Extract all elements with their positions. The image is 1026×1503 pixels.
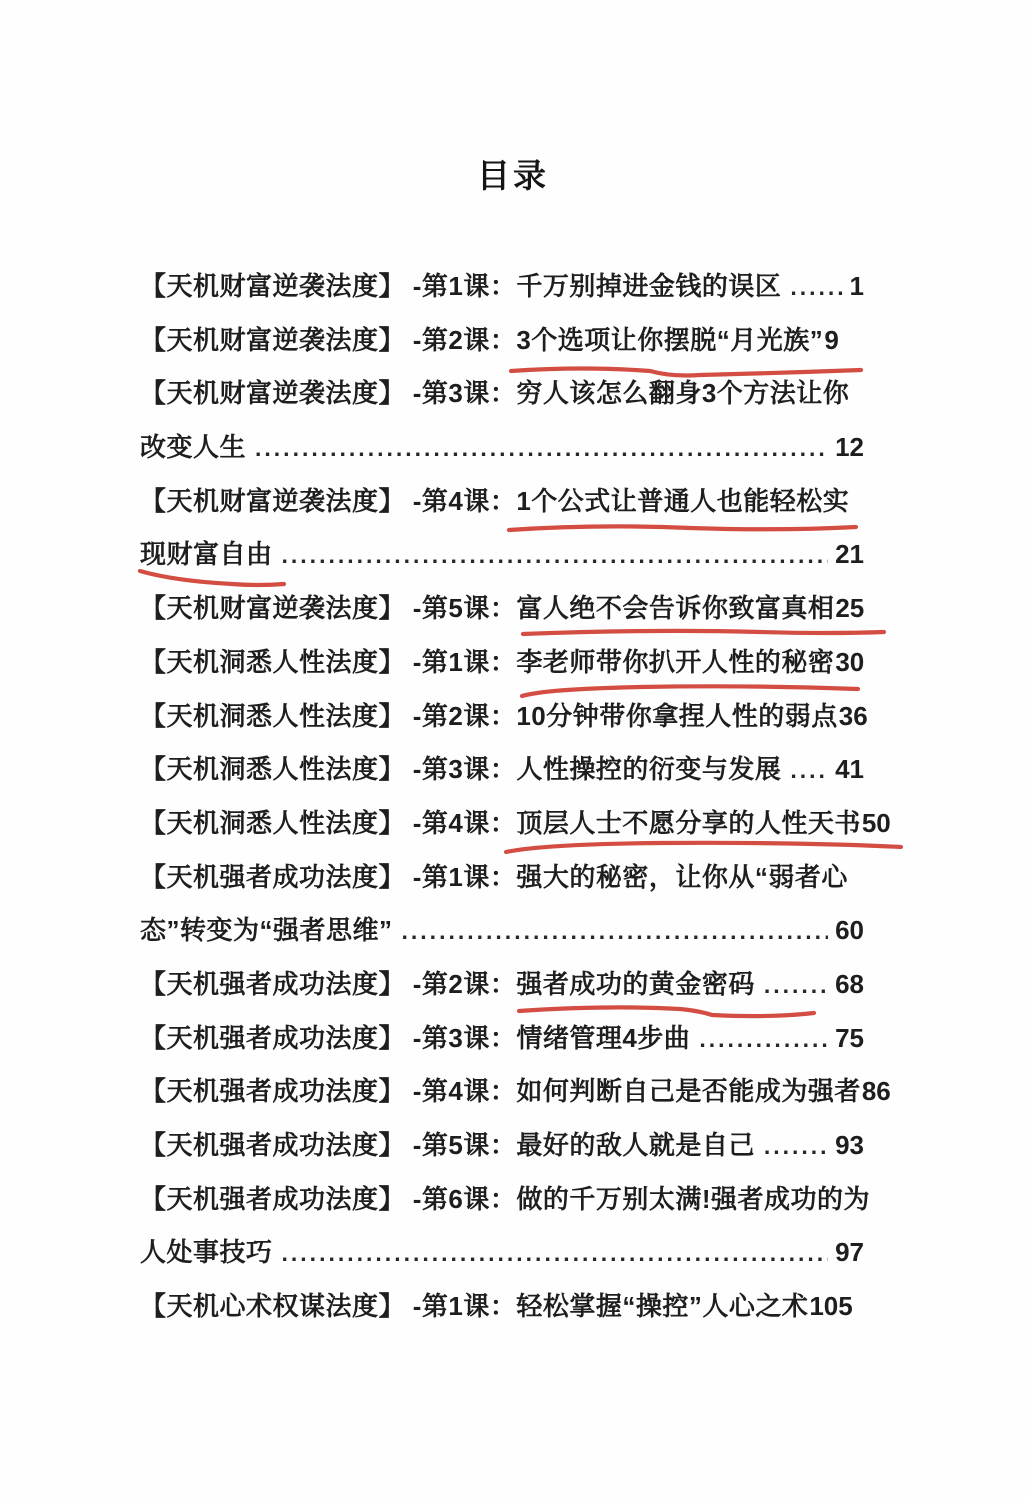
toc-line: 【天机洞悉人性法度】 -第1课：李老师带你扒开人性的秘密30: [140, 636, 864, 690]
toc-entry-text: 【天机财富逆袭法度】 -第4课：1个公式让普通人也能轻松实: [140, 475, 849, 529]
toc-page: 目录 【天机财富逆袭法度】 -第1课：千万别掉进金钱的误区...........…: [0, 0, 1026, 1503]
page-number: 9: [824, 314, 838, 368]
toc-entry-text: 【天机洞悉人性法度】 -第2课：10分钟带你拿捏人性的弱点: [140, 690, 838, 744]
toc-line: 【天机强者成功法度】 -第5课：最好的敌人就是自己...............…: [140, 1119, 864, 1173]
toc-entry-text: 【天机强者成功法度】 -第6课：做的千万别太满!强者成功的为: [140, 1173, 870, 1227]
page-number: 68: [835, 958, 864, 1012]
toc-line: 【天机财富逆袭法度】 -第2课：3个选项让你摆脱“月光族”9: [140, 314, 864, 368]
dot-leader: ........................................…: [764, 959, 828, 1013]
page-title: 目录: [0, 158, 1026, 194]
toc-entry-text: 【天机财富逆袭法度】 -第3课：穷人该怎么翻身3个方法让你: [140, 367, 849, 421]
toc-entry-text: 【天机洞悉人性法度】 -第4课：顶层人士不愿分享的人性天书: [140, 797, 861, 851]
page-number: 97: [835, 1226, 864, 1280]
toc-line: 【天机财富逆袭法度】 -第5课：富人绝不会告诉你致富真相25: [140, 582, 864, 636]
toc-line: 【天机洞悉人性法度】 -第3课：人性操控的衍变与发展..............…: [140, 743, 864, 797]
toc-line: 【天机洞悉人性法度】 -第4课：顶层人士不愿分享的人性天书50: [140, 797, 864, 851]
page-number: 50: [862, 797, 891, 851]
toc-line: 改变人生....................................…: [140, 421, 864, 475]
page-number: 86: [862, 1065, 891, 1119]
page-number: 105: [809, 1280, 852, 1334]
toc-line: 【天机强者成功法度】 -第3课：情绪管理4步曲.................…: [140, 1012, 864, 1066]
page-number: 41: [835, 743, 864, 797]
dot-leader: ........................................…: [790, 744, 828, 798]
toc-entry-text: 人处事技巧: [140, 1226, 273, 1280]
page-number: 1: [850, 260, 864, 314]
page-number: 12: [835, 421, 864, 475]
toc-line: 【天机财富逆袭法度】 -第1课：千万别掉进金钱的误区..............…: [140, 260, 864, 314]
toc-entry-text: 态”转变为“强者思维”: [140, 904, 393, 958]
toc-entry-text: 【天机强者成功法度】 -第2课：强者成功的黄金密码: [140, 958, 755, 1012]
toc-line: 【天机财富逆袭法度】 -第3课：穷人该怎么翻身3个方法让你: [140, 367, 864, 421]
toc-line: 现财富自由...................................…: [140, 528, 864, 582]
dot-leader: ........................................…: [764, 1120, 828, 1174]
page-number: 93: [835, 1119, 864, 1173]
toc-line: 人处事技巧...................................…: [140, 1226, 864, 1280]
toc-entry-text: 【天机强者成功法度】 -第5课：最好的敌人就是自己: [140, 1119, 755, 1173]
toc-line: 【天机财富逆袭法度】 -第4课：1个公式让普通人也能轻松实: [140, 475, 864, 529]
toc-entry-text: 【天机心术权谋法度】 -第1课：轻松掌握“操控”人心之术: [140, 1280, 808, 1334]
dot-leader: ........................................…: [282, 529, 829, 583]
toc-entry-text: 【天机强者成功法度】 -第3课：情绪管理4步曲: [140, 1012, 690, 1066]
toc-line: 【天机强者成功法度】 -第4课：如何判断自己是否能成为强者86: [140, 1065, 864, 1119]
toc-entry-text: 【天机财富逆袭法度】 -第1课：千万别掉进金钱的误区: [140, 260, 781, 314]
toc-line: 【天机强者成功法度】 -第6课：做的千万别太满!强者成功的为: [140, 1173, 864, 1227]
toc-line: 【天机强者成功法度】 -第1课：强大的秘密，让你从“弱者心: [140, 851, 864, 905]
toc-entry-text: 【天机财富逆袭法度】 -第5课：富人绝不会告诉你致富真相: [140, 582, 834, 636]
page-number: 75: [835, 1012, 864, 1066]
dot-leader: ........................................…: [402, 905, 829, 959]
page-number: 30: [835, 636, 864, 690]
toc-line: 【天机洞悉人性法度】 -第2课：10分钟带你拿捏人性的弱点36: [140, 690, 864, 744]
toc-entry-text: 改变人生: [140, 421, 246, 475]
toc-entry-text: 【天机洞悉人性法度】 -第1课：李老师带你扒开人性的秘密: [140, 636, 834, 690]
toc-line: 【天机心术权谋法度】 -第1课：轻松掌握“操控”人心之术105: [140, 1280, 864, 1334]
toc-entry-text: 现财富自由: [140, 528, 273, 582]
toc-entry-text: 【天机强者成功法度】 -第4课：如何判断自己是否能成为强者: [140, 1065, 861, 1119]
toc-entry-text: 【天机强者成功法度】 -第1课：强大的秘密，让你从“弱者心: [140, 851, 848, 905]
toc-line: 态”转变为“强者思维”.............................…: [140, 904, 864, 958]
page-number: 21: [835, 528, 864, 582]
toc-list: 【天机财富逆袭法度】 -第1课：千万别掉进金钱的误区..............…: [140, 260, 864, 1334]
toc-entry-text: 【天机财富逆袭法度】 -第2课：3个选项让你摆脱“月光族”: [140, 314, 823, 368]
toc-entry-text: 【天机洞悉人性法度】 -第3课：人性操控的衍变与发展: [140, 743, 781, 797]
page-number: 36: [839, 690, 868, 744]
dot-leader: ........................................…: [699, 1013, 828, 1067]
dot-leader: ........................................…: [255, 422, 828, 476]
toc-line: 【天机强者成功法度】 -第2课：强者成功的黄金密码...............…: [140, 958, 864, 1012]
page-number: 60: [835, 904, 864, 958]
page-number: 25: [835, 582, 864, 636]
dot-leader: ........................................…: [790, 261, 842, 315]
dot-leader: ........................................…: [282, 1227, 829, 1281]
